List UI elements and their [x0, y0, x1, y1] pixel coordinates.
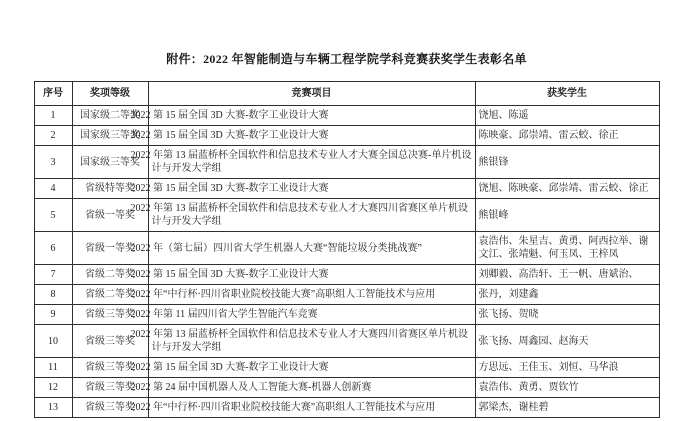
cell-row-number: 11: [34, 358, 72, 378]
cell-awarded-students: 饶旭、陈映豪、邱崇靖、雷云蛟、徐正: [475, 179, 659, 199]
table-row: 6省级一等奖2022 年（第七届）四川省大学生机器人大赛“智能垃圾分类挑战赛”袁…: [34, 232, 659, 265]
cell-awarded-students: 熊银峰: [475, 199, 659, 232]
cell-awarded-students: 刘卿毅、高浩轩、王一帆、唐斌治、: [475, 265, 659, 285]
awards-table: 序号 奖项等级 竞赛项目 获奖学生 1国家级二等奖2022 第 15 届全国 3…: [34, 81, 660, 418]
table-row: 13省级三等奖2022 年“中行杯·四川省职业院校技能大赛”高职组人工智能技术与…: [34, 398, 659, 418]
table-row: 7省级二等奖2022 第 15 届全国 3D 大赛-数字工业设计大赛刘卿毅、高浩…: [34, 265, 659, 285]
cell-competition-project: 2022 第 15 届全国 3D 大赛-数字工业设计大赛: [148, 126, 475, 146]
cell-row-number: 3: [34, 146, 72, 179]
cell-awarded-students: 陈映豪、邱崇靖、雷云蛟、徐正: [475, 126, 659, 146]
cell-awarded-students: 张丹，刘建鑫: [475, 285, 659, 305]
cell-awarded-students: 袁浩伟、黄勇、贾钦竹: [475, 378, 659, 398]
cell-competition-project: 2022 年（第七届）四川省大学生机器人大赛“智能垃圾分类挑战赛”: [148, 232, 475, 265]
cell-row-number: 2: [34, 126, 72, 146]
table-header-row: 序号 奖项等级 竞赛项目 获奖学生: [34, 82, 659, 106]
table-row: 1国家级二等奖2022 第 15 届全国 3D 大赛-数字工业设计大赛饶旭、陈遥: [34, 106, 659, 126]
cell-row-number: 10: [34, 325, 72, 358]
page-title: 附件：2022 年智能制造与车辆工程学院学科竞赛获奖学生表彰名单: [0, 52, 693, 67]
cell-row-number: 5: [34, 199, 72, 232]
cell-competition-project: 2022 年第 11 届四川省大学生智能汽车竞赛: [148, 305, 475, 325]
cell-awarded-students: 张飞扬、贺晓: [475, 305, 659, 325]
cell-row-number: 4: [34, 179, 72, 199]
table-row: 2国家级三等奖2022 第 15 届全国 3D 大赛-数字工业设计大赛陈映豪、邱…: [34, 126, 659, 146]
column-header-no: 序号: [34, 82, 72, 106]
cell-competition-project: 2022 年“中行杯·四川省职业院校技能大赛”高职组人工智能技术与应用: [148, 285, 475, 305]
cell-row-number: 13: [34, 398, 72, 418]
cell-awarded-students: 郭梁杰，谢桂碧: [475, 398, 659, 418]
column-header-project: 竞赛项目: [148, 82, 475, 106]
cell-awarded-students: 袁浩伟、朱星吉、黄勇、阿西拉举、谢文江、张靖魁、何玉凤、王梓凤: [475, 232, 659, 265]
column-header-level: 奖项等级: [72, 82, 148, 106]
cell-competition-project: 2022 第 15 届全国 3D 大赛-数字工业设计大赛: [148, 106, 475, 126]
table-row: 3国家级三等奖2022 年第 13 届蓝桥杯全国软件和信息技术专业人才大赛全国总…: [34, 146, 659, 179]
cell-competition-project: 2022 年第 13 届蓝桥杯全国软件和信息技术专业人才大赛四川省赛区单片机设计…: [148, 325, 475, 358]
cell-competition-project: 2022 年“中行杯·四川省职业院校技能大赛”高职组人工智能技术与应用: [148, 398, 475, 418]
cell-row-number: 1: [34, 106, 72, 126]
table-row: 9省级三等奖2022 年第 11 届四川省大学生智能汽车竞赛张飞扬、贺晓: [34, 305, 659, 325]
cell-competition-project: 2022 年第 13 届蓝桥杯全国软件和信息技术专业人才大赛四川省赛区单片机设计…: [148, 199, 475, 232]
cell-row-number: 12: [34, 378, 72, 398]
cell-awarded-students: 饶旭、陈遥: [475, 106, 659, 126]
cell-row-number: 9: [34, 305, 72, 325]
cell-row-number: 6: [34, 232, 72, 265]
cell-row-number: 7: [34, 265, 72, 285]
table-row: 8省级二等奖2022 年“中行杯·四川省职业院校技能大赛”高职组人工智能技术与应…: [34, 285, 659, 305]
cell-awarded-students: 熊银锋: [475, 146, 659, 179]
cell-competition-project: 2022 第 15 届全国 3D 大赛-数字工业设计大赛: [148, 265, 475, 285]
column-header-students: 获奖学生: [475, 82, 659, 106]
cell-competition-project: 2022 年第 13 届蓝桥杯全国软件和信息技术专业人才大赛全国总决赛-单片机设…: [148, 146, 475, 179]
table-row: 5省级一等奖2022 年第 13 届蓝桥杯全国软件和信息技术专业人才大赛四川省赛…: [34, 199, 659, 232]
cell-competition-project: 2022 第 24 届中国机器人及人工智能大赛-机器人创新赛: [148, 378, 475, 398]
cell-competition-project: 2022 第 15 届全国 3D 大赛-数字工业设计大赛: [148, 358, 475, 378]
table-row: 4省级特等奖2022 第 15 届全国 3D 大赛-数字工业设计大赛饶旭、陈映豪…: [34, 179, 659, 199]
cell-competition-project: 2022 第 15 届全国 3D 大赛-数字工业设计大赛: [148, 179, 475, 199]
table-row: 11省级三等奖2022 第 15 届全国 3D 大赛-数字工业设计大赛方思远、王…: [34, 358, 659, 378]
cell-row-number: 8: [34, 285, 72, 305]
cell-awarded-students: 张飞扬、周鑫园、赵海天: [475, 325, 659, 358]
table-body: 1国家级二等奖2022 第 15 届全国 3D 大赛-数字工业设计大赛饶旭、陈遥…: [34, 106, 659, 418]
document-page: 附件：2022 年智能制造与车辆工程学院学科竞赛获奖学生表彰名单 序号 奖项等级…: [0, 0, 693, 421]
table-row: 12省级三等奖2022 第 24 届中国机器人及人工智能大赛-机器人创新赛袁浩伟…: [34, 378, 659, 398]
table-row: 10省级三等奖2022 年第 13 届蓝桥杯全国软件和信息技术专业人才大赛四川省…: [34, 325, 659, 358]
cell-awarded-students: 方思远、王佳玉、刘恒、马华浪: [475, 358, 659, 378]
